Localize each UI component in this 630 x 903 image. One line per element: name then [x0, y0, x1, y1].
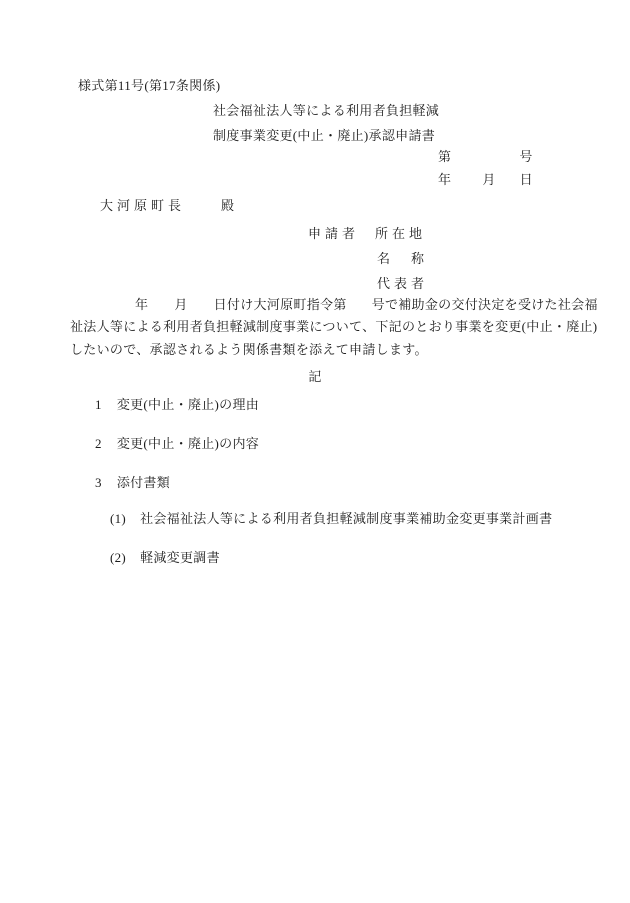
list-item-3-gap	[102, 486, 117, 487]
list-item-2: 2変更(中止・廃止)の内容	[95, 436, 259, 452]
addressee-line: 大河原町長殿	[100, 198, 238, 214]
sub-item-1-text: 社会福祉法人等による利用者負担軽減制度事業補助金変更事業計画書	[140, 511, 552, 526]
date-year-blank	[451, 183, 482, 184]
applicant-name-gap	[394, 262, 411, 263]
applicant-name-row: 名称	[377, 251, 428, 267]
body-day-blank	[188, 308, 214, 309]
body-year-label: 年	[135, 297, 148, 312]
doc-number-blank	[451, 160, 519, 161]
applicant-name-label-1: 名	[377, 251, 394, 266]
list-item-1: 1変更(中止・廃止)の理由	[95, 397, 259, 413]
list-item-2-text: 変更(中止・廃止)の内容	[117, 436, 259, 451]
body-paragraph-line-1: 年月日付け大河原町指令第号で補助金の交付決定を受けた社会福	[70, 297, 598, 313]
doc-number-suffix: 号	[519, 149, 532, 164]
body-paragraph-line-2: 祉法人等による利用者負担軽減制度事業について、下記のとおり事業を変更(中止・廃止…	[70, 319, 597, 335]
body-directive-text: 日付け大河原町指令第	[214, 297, 347, 312]
date-day-label: 日	[520, 172, 533, 187]
document-title-line-1: 社会福祉法人等による利用者負担軽減	[213, 103, 439, 119]
body-year-blank	[70, 308, 135, 309]
applicant-representative-row: 代表者	[377, 276, 428, 292]
addressee-name: 大河原町長	[100, 198, 185, 213]
body-number-blank	[347, 308, 372, 309]
applicant-label: 申請者	[308, 226, 359, 241]
ki-marker: 記	[0, 369, 630, 385]
sub-item-2: (2)軽減変更調書	[110, 550, 220, 566]
list-item-1-number: 1	[95, 397, 102, 412]
body-rest-text: 号で補助金の交付決定を受けた社会福	[372, 297, 598, 312]
addressee-honorific: 殿	[221, 198, 238, 213]
list-item-1-gap	[102, 408, 117, 409]
date-line: 年月日	[438, 172, 533, 188]
date-month-label: 月	[482, 172, 495, 187]
list-item-3: 3添付書類	[95, 475, 170, 491]
list-item-3-number: 3	[95, 475, 102, 490]
sub-item-2-number: (2)	[110, 550, 126, 565]
applicant-label-gap	[359, 237, 375, 238]
sub-item-2-gap	[126, 561, 140, 562]
date-year-label: 年	[438, 172, 451, 187]
body-month-label: 月	[174, 297, 187, 312]
document-title-line-2: 制度事業変更(中止・廃止)承認申請書	[213, 128, 435, 144]
applicant-address-row: 申請者所在地	[308, 226, 426, 242]
date-month-blank	[496, 183, 520, 184]
sub-item-1-gap	[126, 522, 140, 523]
sub-item-1-number: (1)	[110, 511, 126, 526]
form-number-label: 様式第11号(第17条関係)	[78, 78, 220, 94]
body-month-blank	[148, 308, 174, 309]
applicant-address-label: 所在地	[375, 226, 426, 241]
list-item-3-text: 添付書類	[117, 475, 170, 490]
addressee-blank	[185, 209, 221, 210]
applicant-representative-label: 代表者	[377, 276, 428, 291]
list-item-1-text: 変更(中止・廃止)の理由	[117, 397, 259, 412]
list-item-2-number: 2	[95, 436, 102, 451]
doc-number-prefix: 第	[438, 149, 451, 164]
applicant-name-label-2: 称	[411, 251, 428, 266]
document-number-line: 第号	[438, 149, 533, 165]
sub-item-1: (1)社会福祉法人等による利用者負担軽減制度事業補助金変更事業計画書	[110, 511, 552, 527]
form-document-page: 様式第11号(第17条関係) 社会福祉法人等による利用者負担軽減 制度事業変更(…	[0, 0, 630, 903]
sub-item-2-text: 軽減変更調書	[140, 550, 220, 565]
list-item-2-gap	[102, 447, 117, 448]
body-paragraph-line-3: したいので、承認されるよう関係書類を添えて申請します。	[70, 342, 428, 358]
